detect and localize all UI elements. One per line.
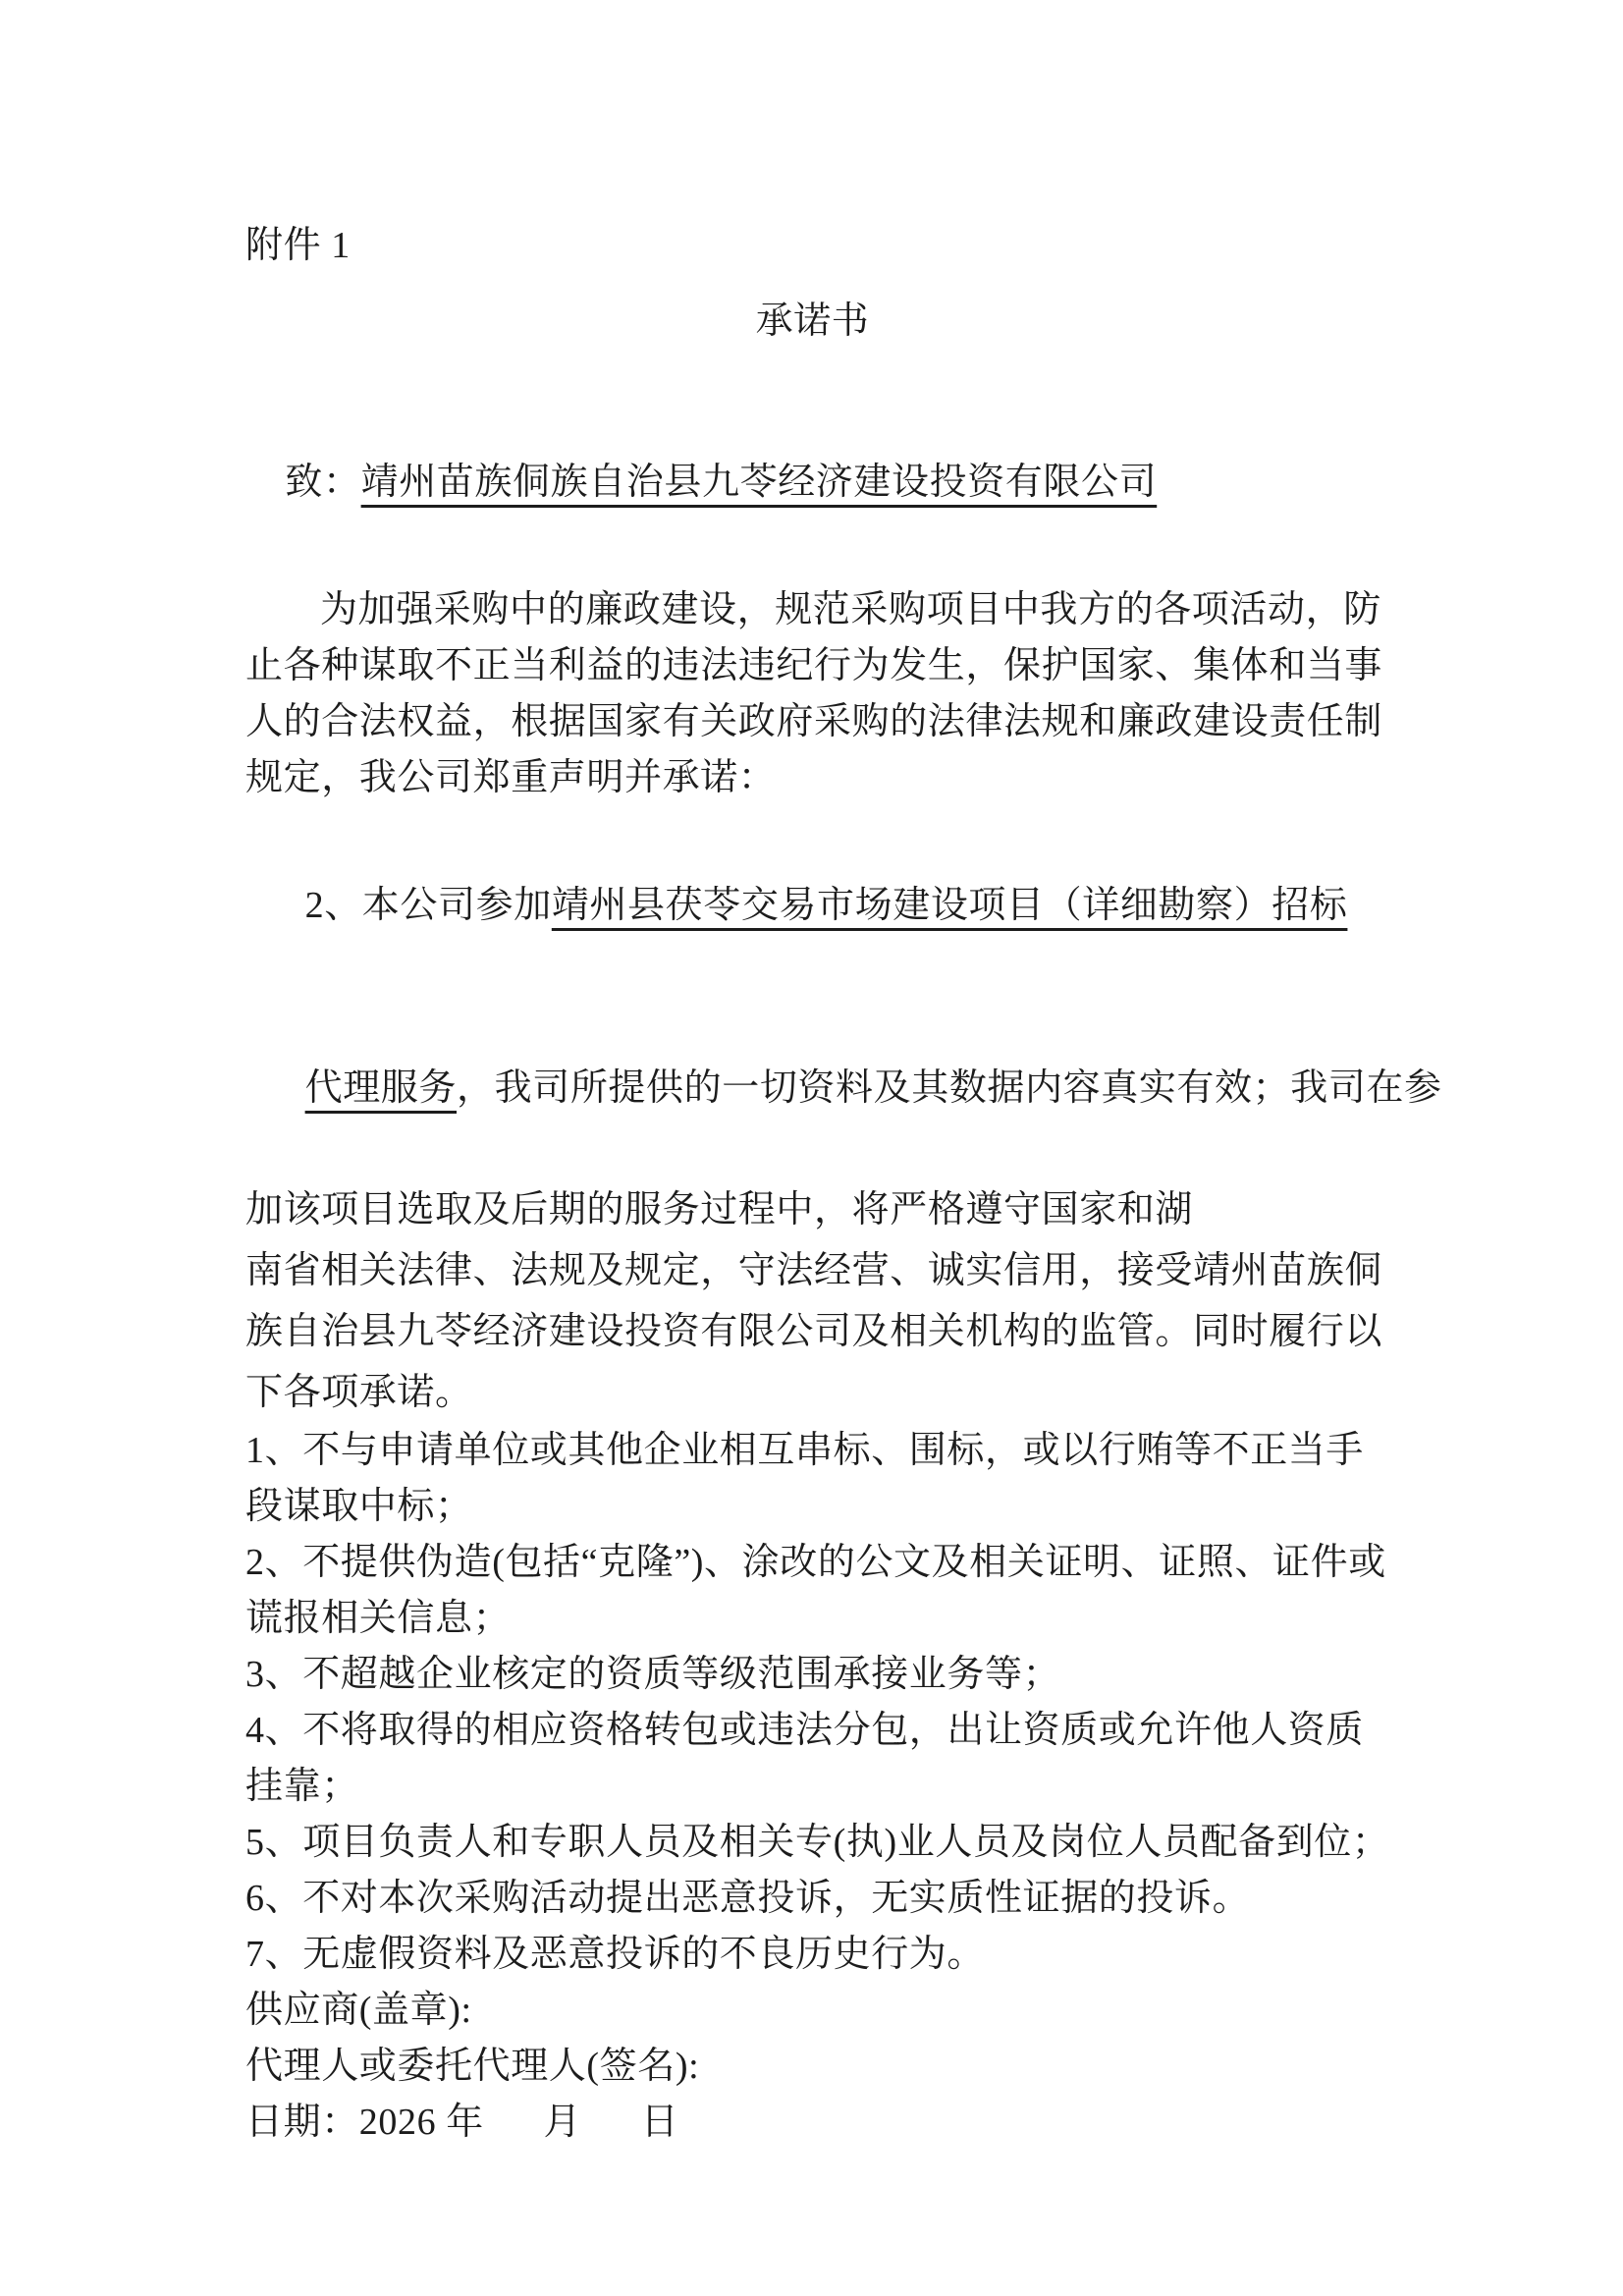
intro-paragraph: 为加强采购中的廉政建设，规范采购项目中我方的各项活动，防 止各种谋取不正当利益的… [245, 582, 1505, 806]
document-page: 附件 1 承诺书 致：靖州苗族侗族自治县九苓经济建设投资有限公司 为加强采购中的… [0, 0, 1623, 2296]
project-name-underlined: 靖州县茯苓交易市场建设项目（详细勘察）招标 [552, 885, 1362, 926]
commitment-item-line: 2、不提供伪造(包括“克隆”)、涂改的公文及相关证明、证照、证件或 [245, 1535, 1505, 1591]
clause-2-line-3: 加该项目选取及后期的服务过程中，将严格遵守国家和湖 [245, 1179, 1505, 1240]
commitment-item-line: 7、无虚假资料及恶意投诉的不良历史行为。 [245, 1927, 1505, 1983]
recipient-prefix: 致： [285, 462, 360, 503]
document-title: 承诺书 [245, 294, 1380, 350]
date-line: 日期：2026 年 月 日 [245, 2095, 1505, 2151]
clause-2-line-2-rest: ，我司所提供的一切资料及其数据内容真实有效；我司在参 [457, 1067, 1442, 1109]
commitment-item-line: 5、项目负责人和专职人员及相关专(执)业人员及岗位人员配备到位； [245, 1815, 1505, 1871]
intro-line: 人的合法权益，根据国家有关政府采购的法律法规和廉政建设责任制 [245, 694, 1505, 750]
clause-2-line-4: 南省相关法律、法规及规定，守法经营、诚实信用，接受靖州苗族侗 [245, 1240, 1505, 1301]
commitment-item-line: 1、不与申请单位或其他企业相互串标、围标，或以行贿等不正当手 [245, 1423, 1505, 1479]
commitment-item-line: 段谋取中标； [245, 1479, 1505, 1535]
clause-2-line-1: 2、本公司参加靖州县茯苓交易市场建设项目（详细勘察）招标 [245, 814, 1505, 997]
clause-2-prefix: 2、本公司参加 [305, 885, 552, 926]
recipient-line: 致：靖州苗族侗族自治县九苓经济建设投资有限公司 [245, 399, 1505, 567]
clause-2-line-5: 族自治县九苓经济建设投资有限公司及相关机构的监管。同时履行以 [245, 1301, 1505, 1362]
commitment-item-line: 4、不将取得的相应资格转包或违法分包，出让资质或允许他人资质 [245, 1703, 1505, 1759]
clause-2-line-6: 下各项承诺。 [245, 1362, 1505, 1423]
recipient-company-name: 靖州苗族侗族自治县九苓经济建设投资有限公司 [361, 462, 1158, 503]
commitment-item-line: 谎报相关信息； [245, 1591, 1505, 1647]
clause-2-paragraph: 2、本公司参加靖州县茯苓交易市场建设项目（详细勘察）招标 代理服务，我司所提供的… [245, 814, 1505, 1423]
service-name-underlined: 代理服务 [305, 1067, 457, 1109]
commitment-list: 1、不与申请单位或其他企业相互串标、围标，或以行贿等不正当手 段谋取中标； 2、… [245, 1423, 1505, 1983]
clause-2-line-2: 代理服务，我司所提供的一切资料及其数据内容真实有效；我司在参 [245, 997, 1505, 1179]
intro-line: 为加强采购中的廉政建设，规范采购项目中我方的各项活动，防 [245, 582, 1505, 638]
signature-block: 供应商(盖章): 代理人或委托代理人(签名): 日期：2026 年 月 日 [245, 1983, 1505, 2151]
agent-signature-line: 代理人或委托代理人(签名): [245, 2039, 1505, 2095]
commitment-item-line: 6、不对本次采购活动提出恶意投诉，无实质性证据的投诉。 [245, 1871, 1505, 1927]
commitment-item-line: 3、不超越企业核定的资质等级范围承接业务等； [245, 1647, 1505, 1703]
intro-line: 规定，我公司郑重声明并承诺： [245, 750, 1505, 806]
intro-line: 止各种谋取不正当利益的违法违纪行为发生，保护国家、集体和当事 [245, 638, 1505, 694]
commitment-item-line: 挂靠； [245, 1759, 1505, 1815]
supplier-seal-line: 供应商(盖章): [245, 1983, 1505, 2039]
attachment-label: 附件 1 [245, 218, 1505, 274]
